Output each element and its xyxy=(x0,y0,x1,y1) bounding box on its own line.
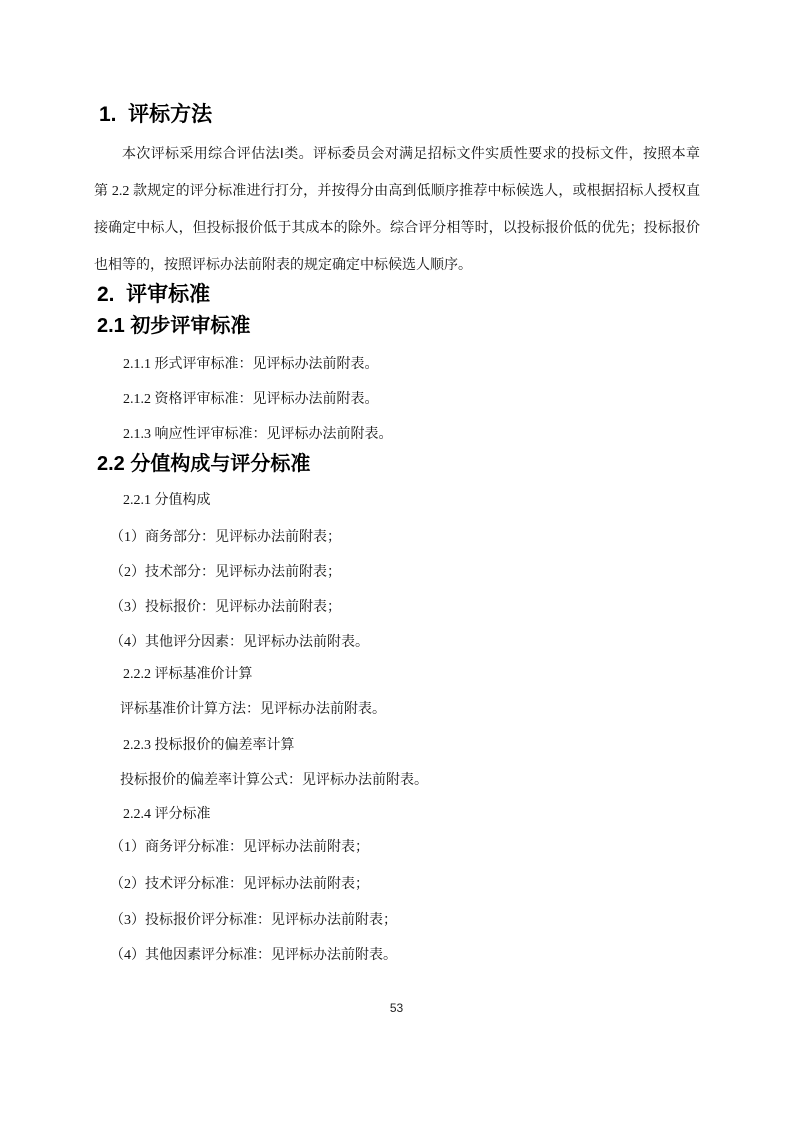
list-item-bid-price-scoring: （3）投标报价评分标准：见评标办法前附表； xyxy=(110,912,397,929)
document-page: 1. 评标方法 本次评标采用综合评估法Ⅰ类。评标委员会对满足招标文件实质性要求的… xyxy=(0,0,793,1122)
heading-score-composition: 2.2 分值构成与评分标准 xyxy=(97,453,310,476)
heading-preliminary-review: 2.1 初步评审标准 xyxy=(97,315,250,338)
list-item-2-2-3: 2.2.3 投标报价的偏差率计算 xyxy=(123,737,295,754)
list-item-2-2-4: 2.2.4 评分标准 xyxy=(123,806,211,823)
text-deviation-rate-formula: 投标报价的偏差率计算公式：见评标办法前附表。 xyxy=(120,772,428,789)
list-item-bid-price: （3）投标报价：见评标办法前附表； xyxy=(110,599,341,616)
page-number: 53 xyxy=(0,1001,793,1015)
list-item-2-2-2: 2.2.2 评标基准价计算 xyxy=(123,666,253,683)
list-item-commercial-part: （1）商务部分：见评标办法前附表； xyxy=(110,529,341,546)
list-item-other-factors-scoring: （4）其他因素评分标准：见评标办法前附表。 xyxy=(110,947,397,964)
list-item-other-scoring-factors: （4）其他评分因素：见评标办法前附表。 xyxy=(110,634,369,651)
list-item-2-1-2: 2.1.2 资格评审标准：见评标办法前附表。 xyxy=(123,391,379,408)
list-item-technical-scoring: （2）技术评分标准：见评标办法前附表； xyxy=(110,876,369,893)
list-item-2-2-1: 2.2.1 分值构成 xyxy=(123,492,211,509)
heading-evaluation-method: 1. 评标方法 xyxy=(99,103,212,127)
paragraph-evaluation-method: 本次评标采用综合评估法Ⅰ类。评标委员会对满足招标文件实质性要求的投标文件，按照本… xyxy=(94,136,700,284)
list-item-technical-part: （2）技术部分：见评标办法前附表； xyxy=(110,564,341,581)
list-item-commercial-scoring: （1）商务评分标准：见评标办法前附表； xyxy=(110,839,369,856)
text-benchmark-price-method: 评标基准价计算方法：见评标办法前附表。 xyxy=(120,701,386,718)
list-item-2-1-3: 2.1.3 响应性评审标准：见评标办法前附表。 xyxy=(123,426,393,443)
list-item-2-1-1: 2.1.1 形式评审标准：见评标办法前附表。 xyxy=(123,356,379,373)
heading-review-criteria: 2. 评审标准 xyxy=(97,283,210,307)
